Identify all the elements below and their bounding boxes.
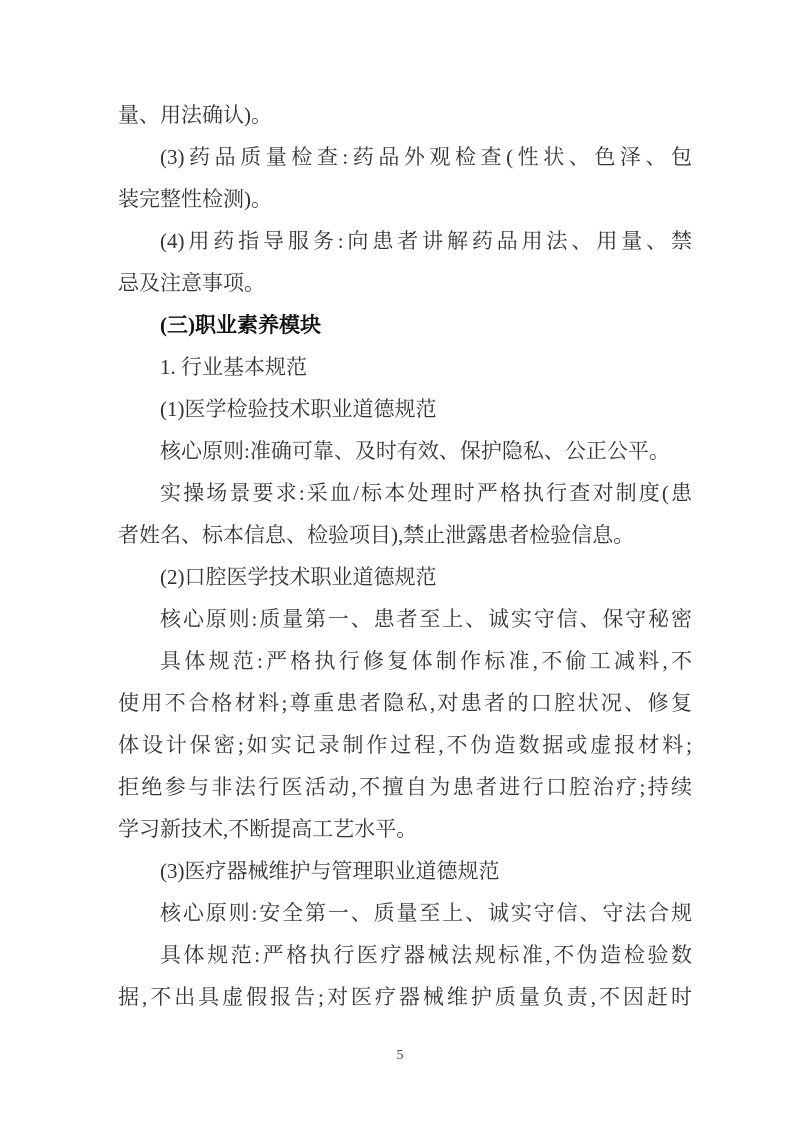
text-line: 核心原则:准确可靠、及时有效、保护隐私、公正公平。 — [118, 430, 692, 472]
text-line: (2)口腔医学技术职业道德规范 — [118, 556, 692, 598]
section-heading: (三)职业素养模块 — [118, 304, 692, 346]
text-line: 具体规范:严格执行修复体制作标准,不偷工减料,不 — [118, 640, 692, 682]
text-line: 核心原则:质量第一、患者至上、诚实守信、保守秘密 — [118, 598, 692, 640]
page-footer: 5 — [0, 1046, 800, 1066]
document-body: 量、用法确认)。(3)药品质量检查:药品外观检查(性状、色泽、包装完整性检测)。… — [118, 94, 692, 1018]
text-line: 体设计保密;如实记录制作过程,不伪造数据或虚报材料; — [118, 724, 692, 766]
text-line: 忌及注意事项。 — [118, 262, 692, 304]
text-line: 学习新技术,不断提高工艺水平。 — [118, 808, 692, 850]
document-page: 量、用法确认)。(3)药品质量检查:药品外观检查(性状、色泽、包装完整性检测)。… — [0, 0, 800, 1131]
text-line: 装完整性检测)。 — [118, 178, 692, 220]
page-number: 5 — [397, 1048, 404, 1063]
text-line: (1)医学检验技术职业道德规范 — [118, 388, 692, 430]
text-line: 1. 行业基本规范 — [118, 346, 692, 388]
text-line: 量、用法确认)。 — [118, 94, 692, 136]
text-line: 拒绝参与非法行医活动,不擅自为患者进行口腔治疗;持续 — [118, 766, 692, 808]
text-line: 使用不合格材料;尊重患者隐私,对患者的口腔状况、修复 — [118, 682, 692, 724]
text-line: 者姓名、标本信息、检验项目),禁止泄露患者检验信息。 — [118, 514, 692, 556]
text-line: 核心原则:安全第一、质量至上、诚实守信、守法合规 — [118, 892, 692, 934]
text-line: (4)用药指导服务:向患者讲解药品用法、用量、禁 — [118, 220, 692, 262]
text-line: (3)药品质量检查:药品外观检查(性状、色泽、包 — [118, 136, 692, 178]
text-line: (3)医疗器械维护与管理职业道德规范 — [118, 850, 692, 892]
text-line: 实操场景要求:采血/标本处理时严格执行查对制度(患 — [118, 472, 692, 514]
text-line: 据,不出具虚假报告;对医疗器械维护质量负责,不因赶时 — [118, 976, 692, 1018]
text-line: 具体规范:严格执行医疗器械法规标准,不伪造检验数 — [118, 934, 692, 976]
